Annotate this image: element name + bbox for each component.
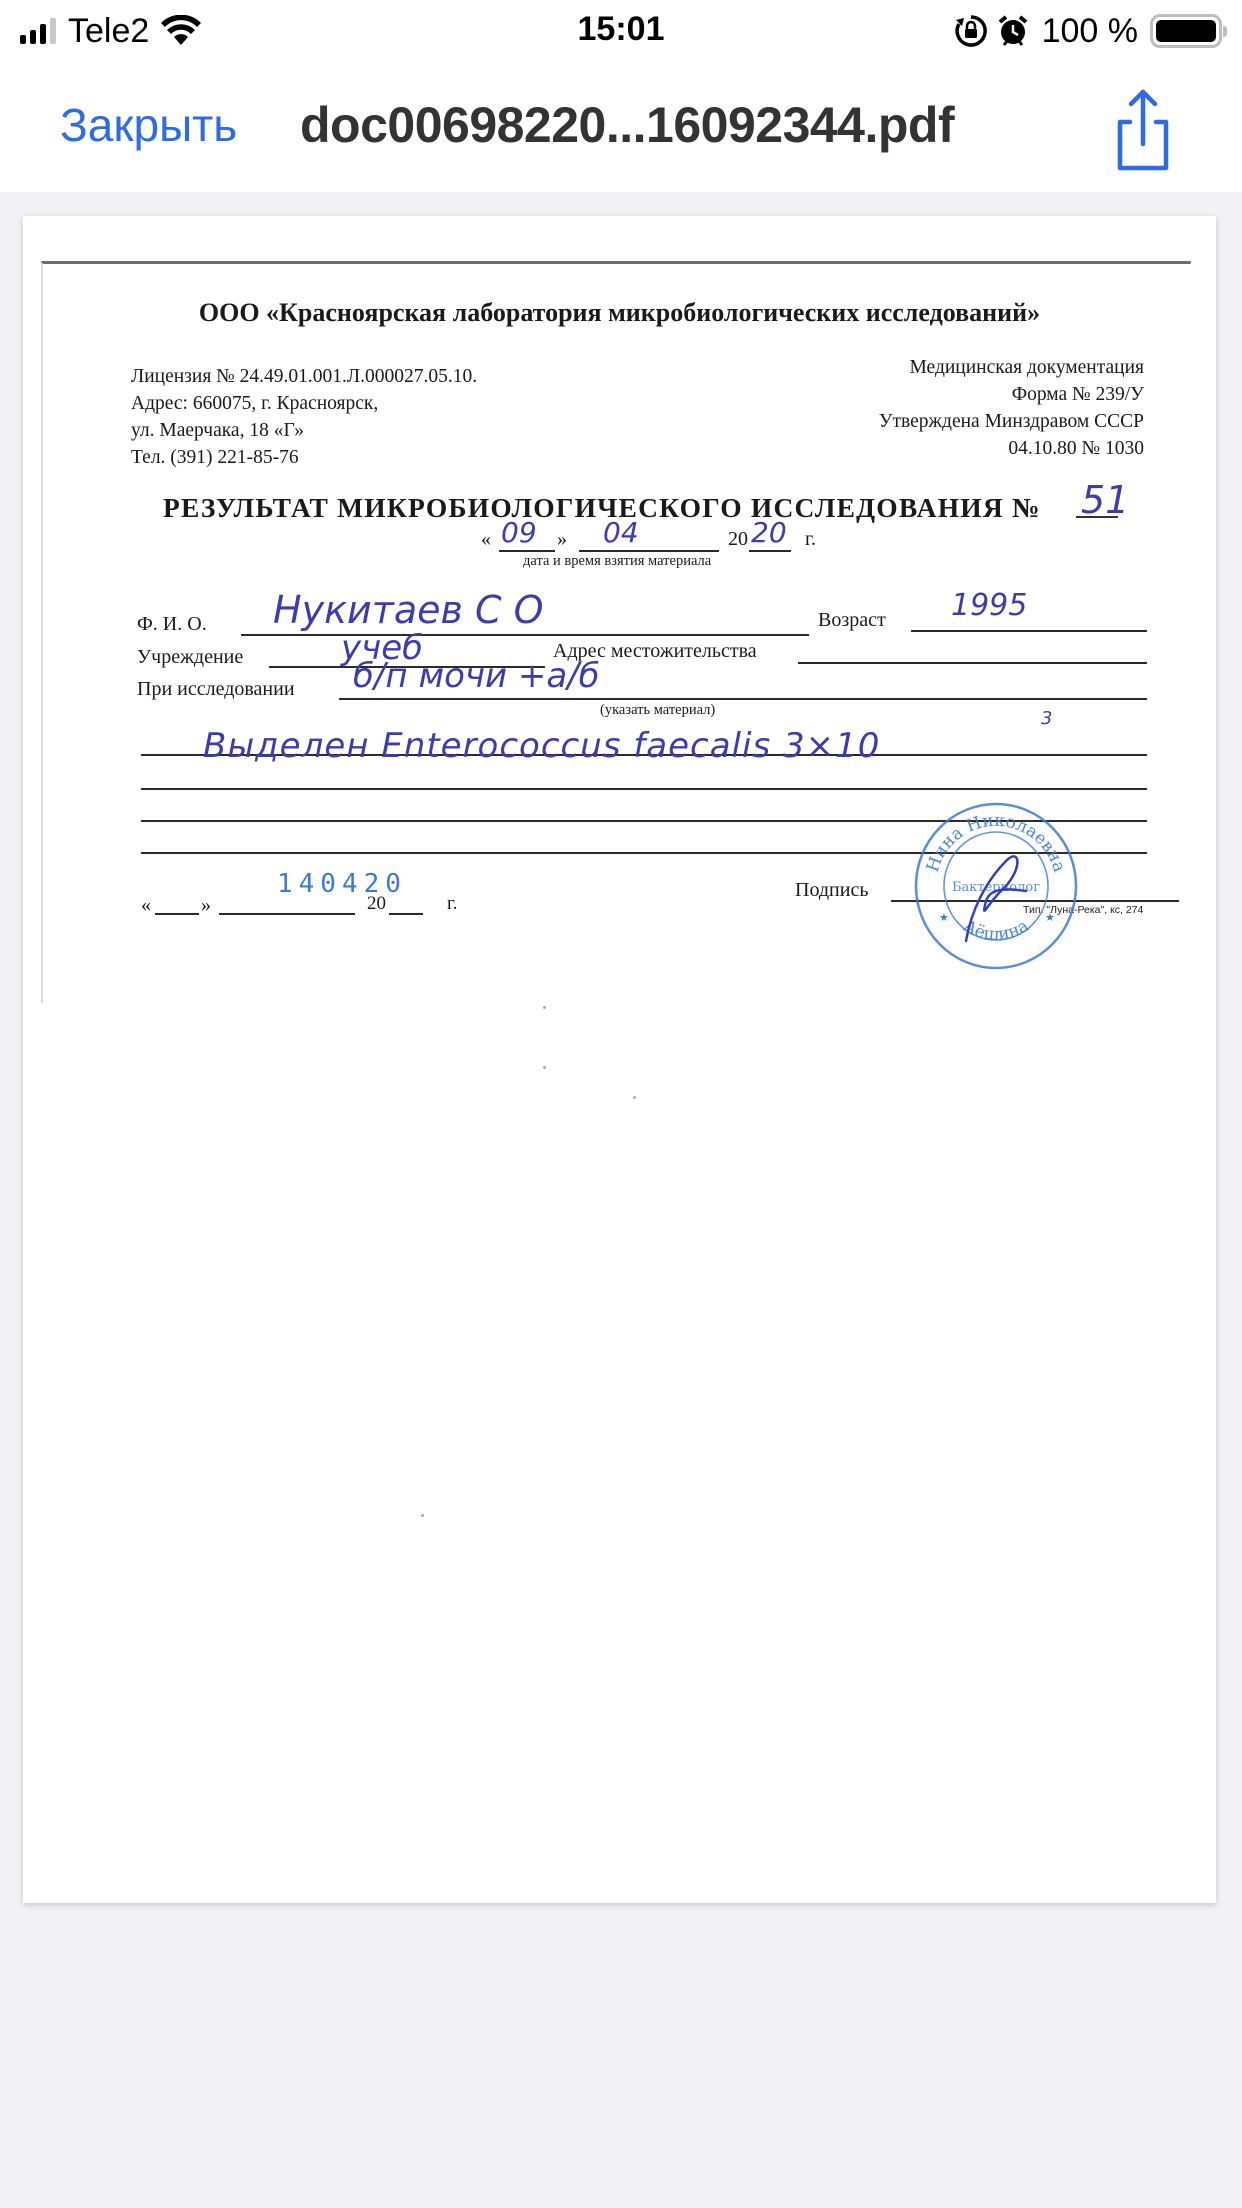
svg-text:Нина Николаевна: Нина Николаевна — [923, 811, 1069, 875]
fio-value: Нукитаев С О — [273, 588, 544, 632]
fio-label: Ф. И. О. — [137, 613, 207, 636]
scan-speck — [543, 1006, 546, 1009]
scan-border-left — [41, 263, 43, 1003]
organization-name: ООО «Красноярская лаборатория микробиоло… — [23, 298, 1216, 328]
license-block: Лицензия № 24.49.01.001.Л.000027.05.10. … — [131, 363, 477, 471]
footer-date-open: « — [141, 894, 151, 917]
scanned-form: ООО «Красноярская лаборатория микробиоло… — [23, 216, 1216, 1016]
date-open-quote: « — [481, 528, 491, 551]
findings-text: Выделен Enterococcus faecalis 3×10 — [203, 726, 880, 766]
date-year-prefix: 20 — [728, 528, 748, 551]
scan-border — [41, 261, 1191, 264]
month-line — [579, 550, 719, 552]
footer-day-line — [155, 913, 199, 915]
status-bar: Tele2 15:01 100 % — [0, 0, 1242, 62]
orientation-lock-icon — [954, 14, 988, 48]
result-number: 51 — [1081, 478, 1129, 522]
date-year-suffix: 20 — [751, 516, 787, 549]
document-title: doc00698220...16092344.pdf — [300, 96, 954, 154]
date-year-unit: г. — [805, 528, 816, 551]
age-line — [911, 630, 1147, 632]
fio-line — [241, 634, 809, 636]
scan-speck — [633, 1096, 636, 1099]
license-line: Лицензия № 24.49.01.001.Л.000027.05.10. — [131, 363, 477, 390]
age-label: Возраст — [818, 609, 886, 632]
study-label: При исследовании — [137, 678, 295, 701]
address-line — [798, 662, 1147, 664]
institution-label: Учреждение — [137, 646, 243, 669]
svg-text:★: ★ — [939, 912, 949, 924]
address-line: Адрес: 660075, г. Красноярск, — [131, 390, 477, 417]
form-doc-type: Медицинская документация — [879, 354, 1144, 381]
alarm-icon — [996, 14, 1030, 48]
footer-year-line — [389, 913, 423, 915]
footer-year-unit: г. — [447, 893, 457, 915]
age-value: 1995 — [951, 588, 1027, 623]
date-caption: дата и время взятия материала — [523, 553, 711, 570]
signature-label: Подпись — [795, 879, 868, 902]
share-button[interactable] — [1108, 84, 1178, 174]
close-button[interactable]: Закрыть — [60, 98, 237, 152]
svg-text:★: ★ — [1045, 912, 1055, 924]
scan-speck — [543, 1066, 546, 1069]
date-close-quote: » — [557, 528, 567, 551]
phone-line: Тел. (391) 221-85-76 — [131, 444, 477, 471]
share-icon — [1108, 84, 1178, 174]
date-day: 09 — [501, 516, 537, 549]
year-line — [749, 550, 791, 552]
footer-date-close: » — [201, 894, 211, 917]
stamped-date: 140420 — [277, 869, 407, 899]
form-info-block: Медицинская документация Форма № 239/У У… — [879, 354, 1144, 462]
pdf-page[interactable]: ООО «Красноярская лаборатория микробиоло… — [23, 216, 1216, 1903]
scan-speck — [421, 1514, 424, 1517]
footer-year-prefix: 20 — [367, 893, 386, 915]
navigation-bar: Закрыть doc00698220...16092344.pdf — [0, 62, 1242, 192]
svg-text:Бактериолог: Бактериолог — [952, 880, 1040, 895]
day-line — [499, 550, 555, 552]
result-title: РЕЗУЛЬТАТ МИКРОБИОЛОГИЧЕСКОГО ИССЛЕДОВАН… — [163, 492, 1041, 524]
doctor-stamp: Нина Николаевна Аёшина Бактериолог ★ ★ — [911, 801, 1081, 971]
battery-percentage: 100 % — [1042, 12, 1138, 51]
form-number: Форма № 239/У — [879, 381, 1144, 408]
date-month: 04 — [603, 516, 639, 549]
findings-exponent: 3 — [1041, 708, 1052, 729]
study-line — [339, 698, 1147, 700]
battery-icon — [1150, 14, 1222, 48]
form-approval: Утверждена Минздравом СССР — [879, 408, 1144, 435]
material-caption: (указать материал) — [600, 702, 715, 719]
form-approval-date: 04.10.80 № 1030 — [879, 435, 1144, 462]
footer-month-line — [219, 913, 355, 915]
study-value: б/п мочи +а/б — [353, 656, 600, 696]
street-line: ул. Маерчака, 18 «Г» — [131, 417, 477, 444]
findings-line-2 — [141, 788, 1147, 790]
